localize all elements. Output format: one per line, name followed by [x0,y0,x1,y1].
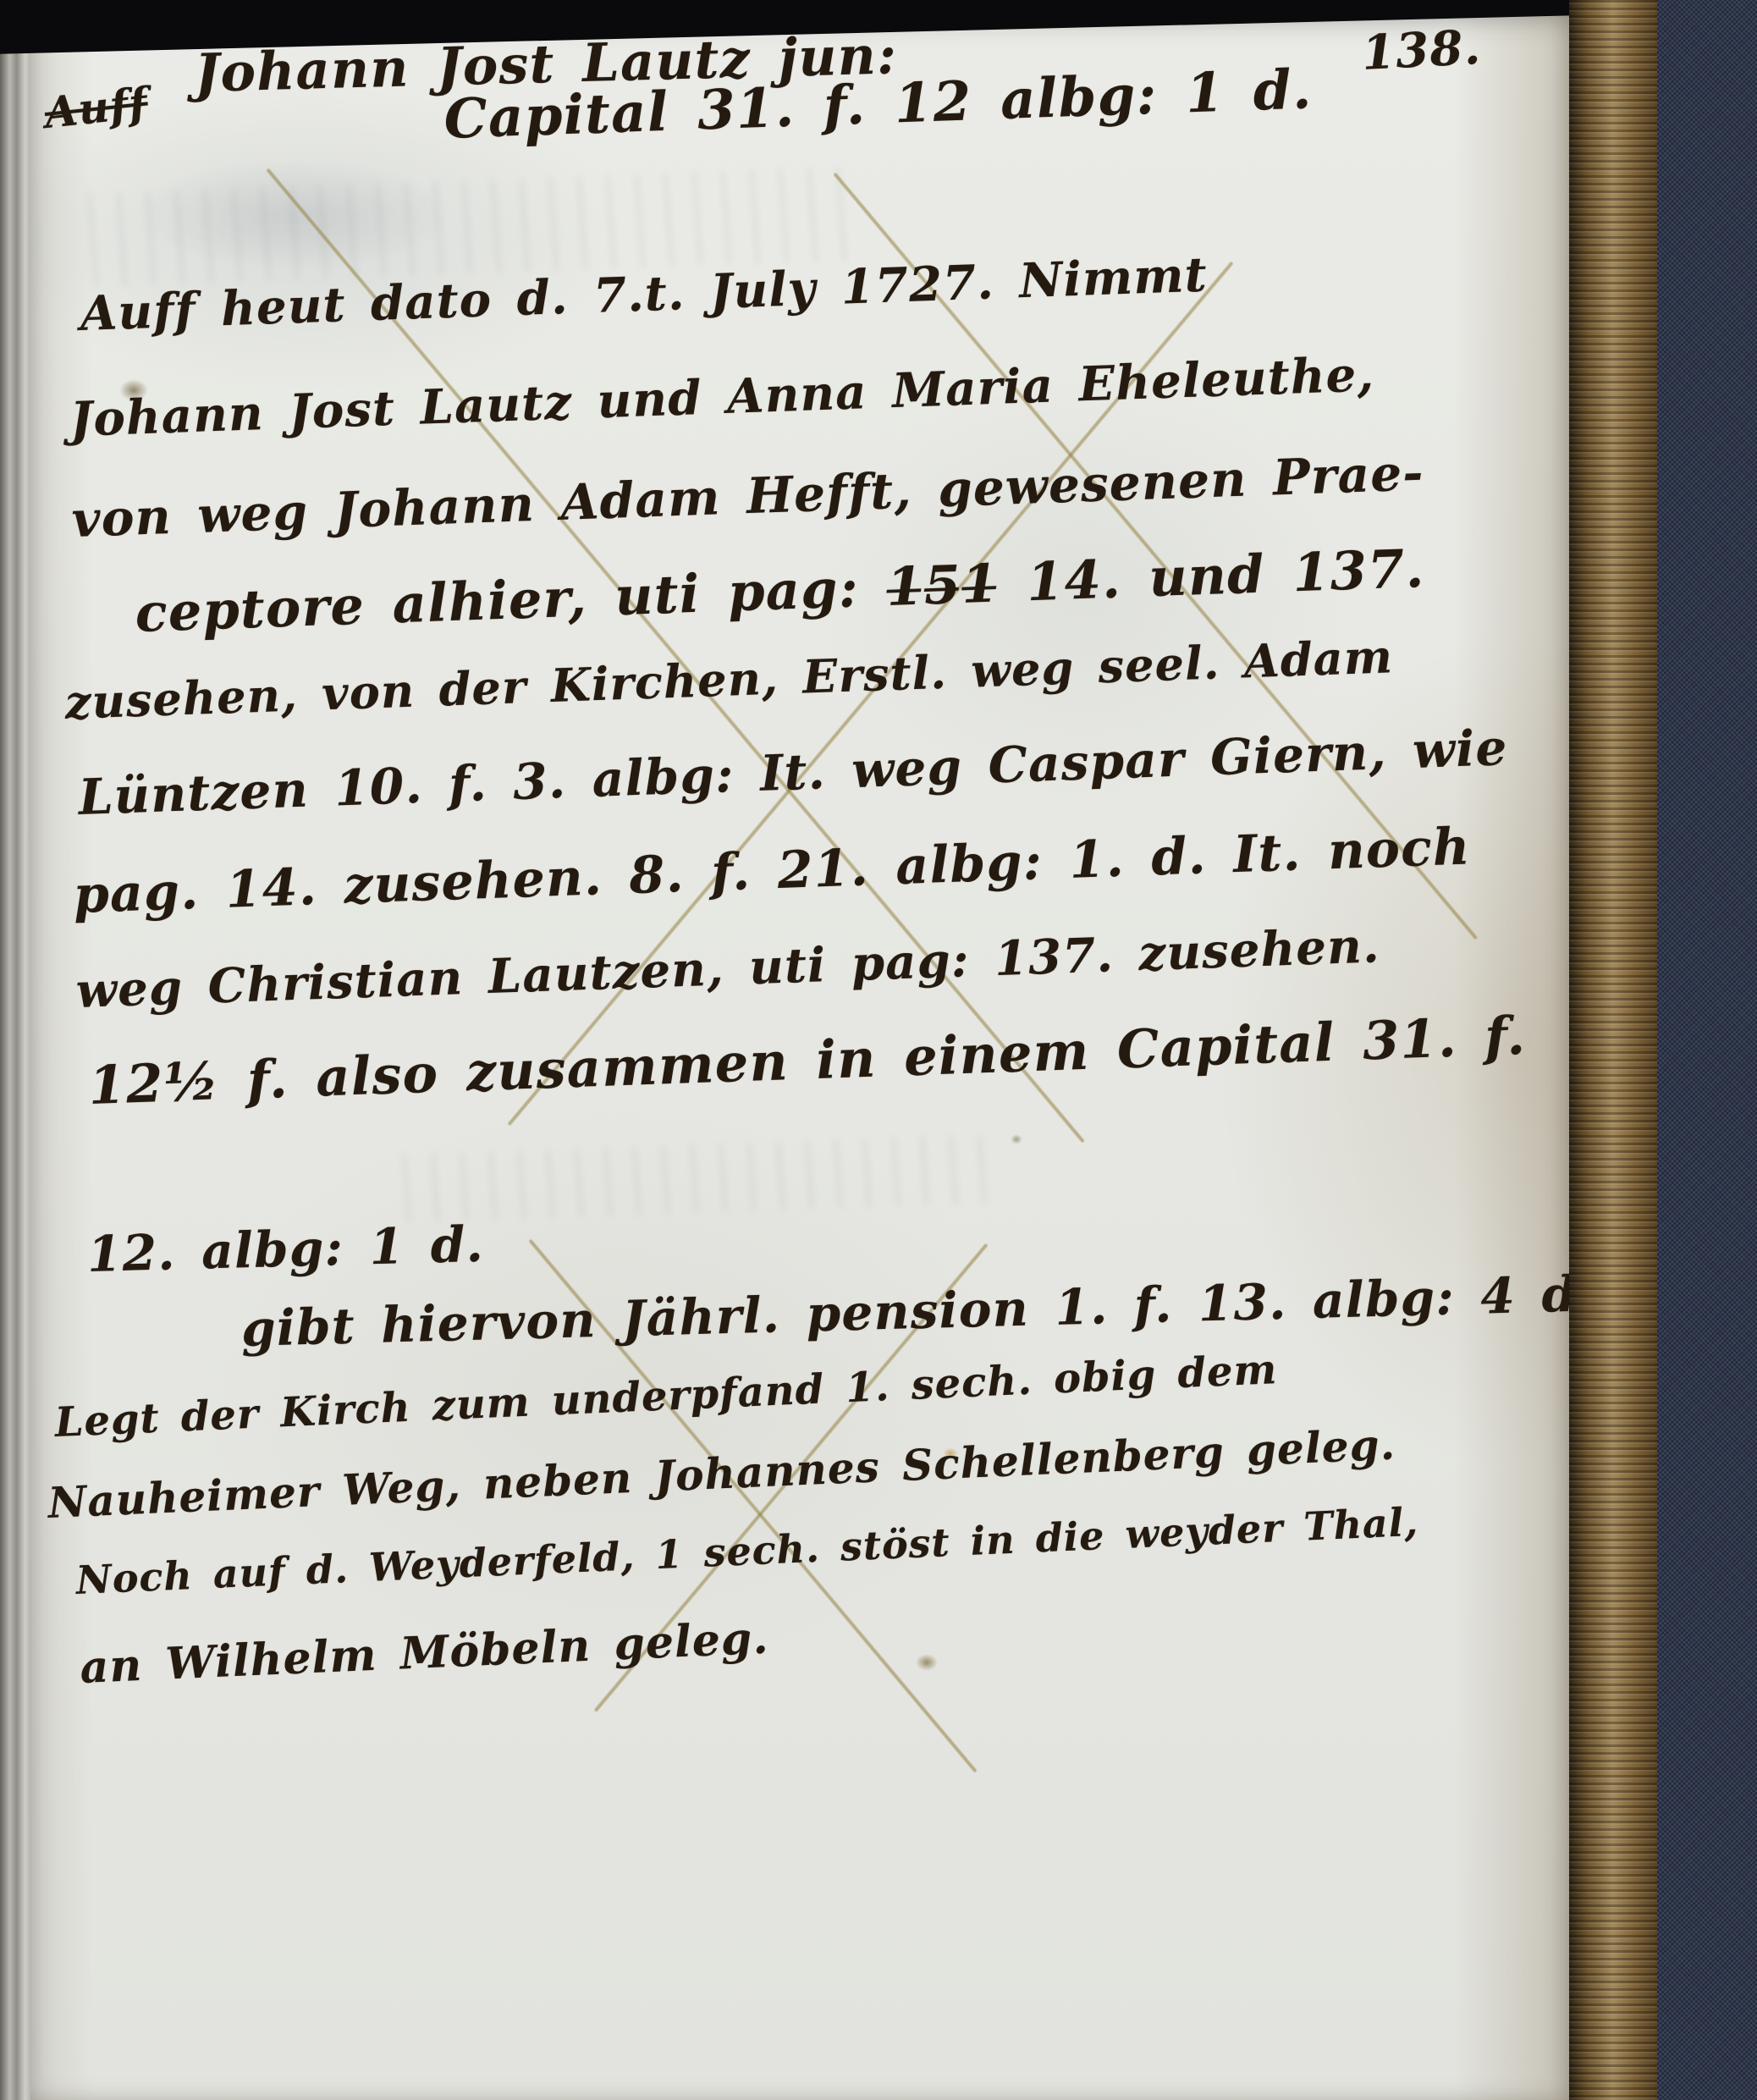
bleedthrough-smudge [394,1135,988,1223]
book-binding-edge [1569,0,1664,2100]
ink-stain [916,1654,938,1671]
margin-note-struck: Auff [42,78,151,138]
folio-number: 138. [1361,19,1483,81]
manuscript-line: 12. albg: 1 d. [86,1215,484,1283]
manuscript-line: Johann Jost Lautz und Anna Maria Eheleut… [69,346,1375,448]
manuscript-page: 138. Auff Johann Jost Lautz jun: Capital… [30,7,1578,2100]
left-page-edges [0,47,32,2100]
ink-stain [1011,1134,1022,1144]
scan-root: 138. Auff Johann Jost Lautz jun: Capital… [0,0,1757,2100]
manuscript-line: weg Christian Lautzen, uti pag: 137. zus… [75,918,1381,1019]
manuscript-line: von weg Johann Adam Hefft, gewesenen Pra… [71,444,1425,548]
manuscript-line: ceptore alhier, uti pag: 1̶5̶1̶ 14. und … [134,537,1425,644]
manuscript-line: Lüntzen 10. f. 3. albg: It. weg Caspar G… [78,719,1509,826]
manuscript-line: an Wilhelm Möbeln geleg. [79,1612,769,1694]
manuscript-line: 12½ f. also zusammen in einem Capital 31… [87,1005,1527,1116]
manuscript-line: pag. 14. zusehen. 8. f. 21. albg: 1. d. … [73,817,1472,925]
manuscript-line: zusehen, von der Kirchen, Erstl. weg see… [64,629,1394,730]
book-cover-fabric [1657,0,1757,2100]
manuscript-line: gibt hiervon Jährl. pension 1. f. 13. al… [240,1265,1595,1358]
